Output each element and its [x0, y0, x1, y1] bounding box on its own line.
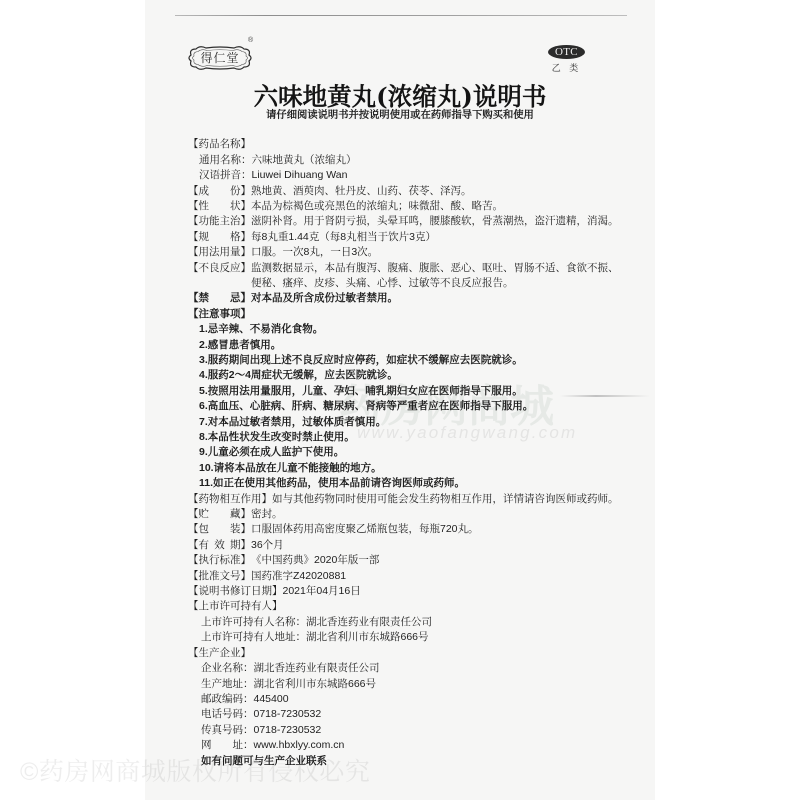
section-label: 【生产企业】: [188, 647, 251, 659]
precaution-item: 6.高血压、心脏病、肝病、糖尿病、肾病等严重者应在医师指导下服用。: [188, 399, 648, 414]
adverse-reactions-row: 【不良反应】监测数据显示，本品有腹泻、腹痛、腹胀、恶心、呕吐、胃肠不适、食欲不振…: [188, 261, 648, 276]
field-value: 对本品及所含成份过敏者禁用。: [251, 292, 398, 304]
phone-row: 电话号码：0718-7230532: [188, 707, 648, 722]
field-label: 通用名称：: [199, 154, 252, 166]
field-value: 国药准字Z42020881: [251, 570, 346, 582]
section-drug-name-heading: 【药品名称】: [188, 137, 648, 152]
generic-name-row: 通用名称：六味地黄丸（浓缩丸）: [188, 153, 648, 168]
indications-row: 【功能主治】滋阴补肾。用于肾阴亏损，头晕耳鸣，腰膝酸软，骨蒸潮热，盗汗遗精，消渴…: [188, 214, 648, 229]
field-label: 传真号码：: [201, 724, 254, 736]
package-row: 【包 装】口服固体药用高密度聚乙烯瓶包装，每瓶720丸。: [188, 522, 648, 537]
leaflet-body: 【药品名称】 通用名称：六味地黄丸（浓缩丸） 汉语拼音：Liuwei Dihua…: [188, 137, 648, 769]
precaution-item: 9.儿童必须在成人监护下使用。: [188, 445, 648, 460]
field-value: 湖北省利川市东城路666号: [254, 678, 377, 690]
precaution-item: 7.对本品过敏者禁用，过敏体质者慎用。: [188, 415, 648, 430]
description-row: 【性 状】本品为棕褐色或亮黑色的浓缩丸；味微甜、酸、略苦。: [188, 199, 648, 214]
field-label: 上市许可持有人名称：: [201, 616, 306, 628]
field-value: 湖北省利川市东城路666号: [306, 631, 429, 643]
manufacturer-address-row: 生产地址：湖北省利川市东城路666号: [188, 677, 648, 692]
section-manufacturer-heading: 【生产企业】: [188, 646, 648, 661]
top-rule-divider: [175, 15, 627, 16]
field-label: 电话号码：: [201, 708, 254, 720]
section-mah-heading: 【上市许可持有人】: [188, 599, 648, 614]
field-value: 《中国药典》2020年版一部: [251, 554, 379, 566]
precaution-item: 4.服药2～4周症状无缓解，应去医院就诊。: [188, 368, 648, 383]
field-label: 网 址：: [201, 739, 254, 751]
section-label: 【禁 忌】: [188, 291, 251, 306]
field-value: 本品为棕褐色或亮黑色的浓缩丸；味微甜、酸、略苦。: [251, 200, 503, 212]
section-label: 【批准文号】: [188, 569, 251, 584]
approval-number-row: 【批准文号】国药准字Z42020881: [188, 569, 648, 584]
section-label: 【功能主治】: [188, 214, 251, 229]
field-value: 滋阴补肾。用于肾阴亏损，头晕耳鸣，腰膝酸软，骨蒸潮热，盗汗遗精，消渴。: [251, 215, 619, 227]
field-value: www.hbxlyy.com.cn: [254, 739, 345, 751]
field-value: 每8丸重1.44克（每8丸相当于饮片3克）: [251, 231, 436, 243]
section-label: 【执行标准】: [188, 553, 251, 568]
brand-logo: 得仁堂: [187, 45, 253, 71]
watermark-copyright: ©药房网商城版权所有侵权必究: [20, 752, 370, 788]
field-value: 36个月: [251, 539, 284, 551]
logo-text: 得仁堂: [187, 45, 253, 71]
mah-address-row: 上市许可持有人地址：湖北省利川市东城路666号: [188, 630, 648, 645]
manufacturer-name-row: 企业名称：湖北香连药业有限责任公司: [188, 661, 648, 676]
dosage-row: 【用法用量】口服。一次8丸，一日3次。: [188, 245, 648, 260]
standard-row: 【执行标准】《中国药典》2020年版一部: [188, 553, 648, 568]
revision-date-row: 【说明书修订日期】2021年04月16日: [188, 584, 648, 599]
precaution-item: 5.按照用法用量服用，儿童、孕妇、哺乳期妇女应在医师指导下服用。: [188, 384, 648, 399]
section-label: 【规 格】: [188, 230, 251, 245]
field-value: 口服。一次8丸，一日3次。: [251, 246, 378, 258]
section-label: 【不良反应】: [188, 261, 251, 276]
field-label: 企业名称：: [201, 662, 254, 674]
field-value: 如与其他药物同时使用可能会发生药物相互作用，详情请咨询医师或药师。: [272, 493, 619, 505]
field-value: 445400: [254, 693, 289, 705]
precaution-item: 10.请将本品放在儿童不能接触的地方。: [188, 461, 648, 476]
specification-row: 【规 格】每8丸重1.44克（每8丸相当于饮片3克）: [188, 230, 648, 245]
field-value: 便秘、瘙痒、皮疹、头痛、心悸、过敏等不良反应报告。: [251, 277, 514, 289]
field-value: 口服固体药用高密度聚乙烯瓶包装，每瓶720丸。: [251, 523, 479, 535]
field-label: 汉语拼音：: [199, 169, 252, 181]
field-value: Liuwei Dihuang Wan: [252, 169, 348, 181]
field-value: 2021年04月16日: [283, 585, 361, 597]
postal-code-row: 邮政编码：445400: [188, 692, 648, 707]
precaution-item: 1.忌辛辣、不易消化食物。: [188, 322, 648, 337]
pinyin-row: 汉语拼音：Liuwei Dihuang Wan: [188, 168, 648, 183]
section-label: 【药物相互作用】: [188, 493, 272, 505]
section-label: 【成 份】: [188, 184, 251, 199]
ingredients-row: 【成 份】熟地黄、酒萸肉、牡丹皮、山药、茯苓、泽泻。: [188, 184, 648, 199]
interactions-row: 【药物相互作用】如与其他药物同时使用可能会发生药物相互作用，详情请咨询医师或药师…: [188, 492, 648, 507]
precaution-item: 11.如正在使用其他药品，使用本品前请咨询医师或药师。: [188, 476, 648, 491]
field-label: 邮政编码：: [201, 693, 254, 705]
field-value: 熟地黄、酒萸肉、牡丹皮、山药、茯苓、泽泻。: [251, 185, 472, 197]
field-value: 0718-7230532: [254, 724, 322, 736]
storage-row: 【贮 藏】密封。: [188, 507, 648, 522]
field-label: 上市许可持有人地址：: [201, 631, 306, 643]
section-precautions-heading: 【注意事项】: [188, 307, 648, 322]
field-value: 监测数据显示，本品有腹泻、腹痛、腹胀、恶心、呕吐、胃肠不适、食欲不振、: [251, 262, 619, 274]
section-label: 【用法用量】: [188, 245, 251, 260]
precaution-item: 3.服药期间出现上述不良反应时应停药，如症状不缓解应去医院就诊。: [188, 353, 648, 368]
shelf-life-row: 【有 效 期】36个月: [188, 538, 648, 553]
section-label: 【注意事项】: [188, 308, 251, 320]
field-value: 六味地黄丸（浓缩丸）: [252, 154, 357, 166]
fax-row: 传真号码：0718-7230532: [188, 723, 648, 738]
section-label: 【包 装】: [188, 522, 251, 537]
page-subtitle: 请仔细阅读说明书并按说明使用或在药师指导下购买和使用: [145, 108, 655, 123]
precaution-item: 2.感冒患者慎用。: [188, 338, 648, 353]
section-label: 【性 状】: [188, 199, 251, 214]
registered-mark-icon: ®: [248, 37, 253, 44]
section-label: 【药品名称】: [188, 138, 251, 150]
field-value: 湖北香连药业有限责任公司: [306, 616, 432, 628]
field-value: 0718-7230532: [254, 708, 322, 720]
contraindications-row: 【禁 忌】对本品及所含成份过敏者禁用。: [188, 291, 648, 306]
field-label: 生产地址：: [201, 678, 254, 690]
mah-name-row: 上市许可持有人名称：湖北香连药业有限责任公司: [188, 615, 648, 630]
field-value: 密封。: [251, 508, 283, 520]
section-label: 【说明书修订日期】: [188, 585, 283, 597]
section-label: 【有 效 期】: [188, 538, 251, 553]
precaution-item: 8.本品性状发生改变时禁止使用。: [188, 430, 648, 445]
otc-badge: OTC: [548, 45, 585, 59]
otc-class-label: 乙 类: [540, 61, 593, 74]
section-label: 【上市许可持有人】: [188, 600, 283, 612]
section-label: 【贮 藏】: [188, 507, 251, 522]
field-value: 湖北香连药业有限责任公司: [254, 662, 380, 674]
adverse-reactions-continuation: 便秘、瘙痒、皮疹、头痛、心悸、过敏等不良反应报告。: [188, 276, 648, 291]
